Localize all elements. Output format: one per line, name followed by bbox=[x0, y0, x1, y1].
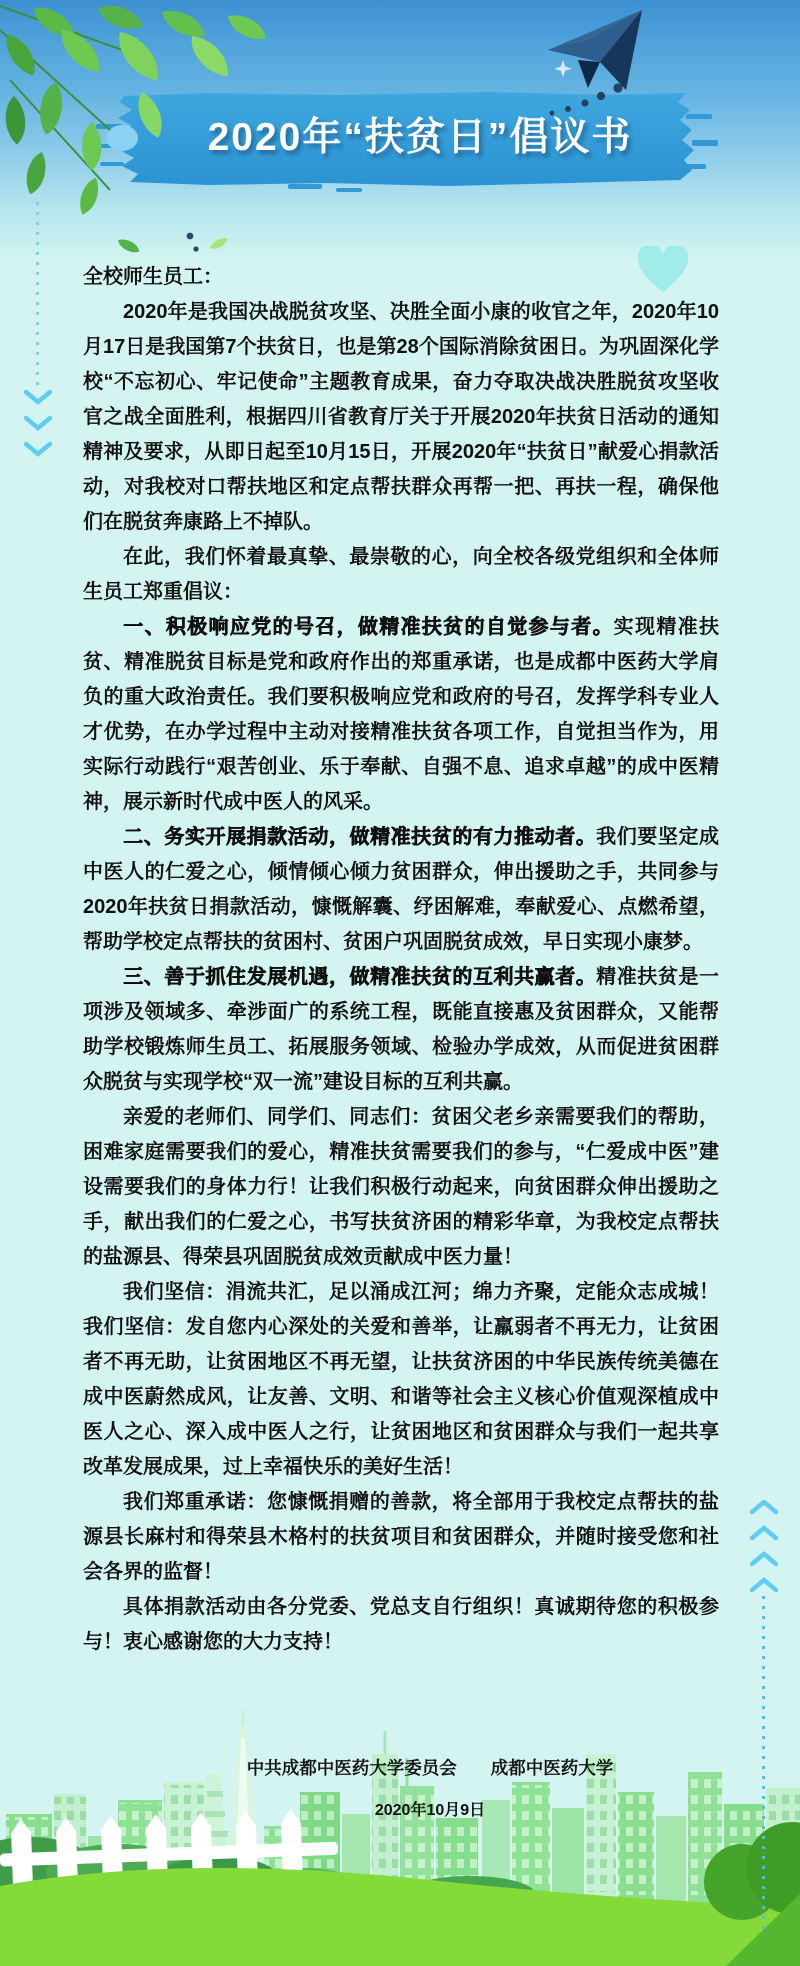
cityscape-illustration bbox=[0, 1696, 800, 1966]
paragraph-lead: 三、善于抓住发展机遇，做精准扶贫的互利共赢者。 bbox=[123, 966, 596, 988]
paragraph-text: 亲爱的老师们、同学们、同志们：贫困父老乡亲需要我们的帮助，困难家庭需要我们的爱心… bbox=[83, 1106, 719, 1268]
salutation: 全校师生员工： bbox=[83, 260, 719, 295]
paragraph-lead: 一、积极响应党的号召，做精准扶贫的自觉参与者。 bbox=[123, 616, 614, 638]
paragraph: 三、善于抓住发展机遇，做精准扶贫的互利共赢者。精准扶贫是一项涉及领域多、牵涉面广… bbox=[83, 960, 719, 1100]
paragraph: 我们郑重承诺：您慷慨捐赠的善款，将全部用于我校定点帮扶的盐源县长麻村和得荣县木格… bbox=[83, 1485, 719, 1590]
proposal-body: 全校师生员工： 2020年是我国决战脱贫攻坚、决胜全面小康的收官之年，2020年… bbox=[83, 260, 719, 1660]
paragraph-text: 我们郑重承诺：您慷慨捐赠的善款，将全部用于我校定点帮扶的盐源县长麻村和得荣县木格… bbox=[83, 1491, 719, 1583]
signature-university: 成都中医药大学 bbox=[491, 1755, 614, 1780]
paragraph-text: 具体捐款活动由各分党委、党总支自行组织！真诚期待您的积极参与！衷心感谢您的大力支… bbox=[83, 1596, 719, 1653]
sparkle-icon bbox=[554, 60, 571, 77]
paragraph-text: 2020年是我国决战脱贫攻坚、决胜全面小康的收官之年，2020年10月17日是我… bbox=[83, 301, 719, 533]
signature-date: 2020年10月9日 bbox=[248, 1797, 612, 1820]
paragraph: 二、务实开展捐款活动，做精准扶贫的有力推动者。我们要坚定成中医人的仁爱之心，倾情… bbox=[83, 820, 719, 960]
paragraph-text: 我们坚信：涓流共汇，足以涌成江河；绵力齐聚，定能众志成城！我们坚信：发自您内心深… bbox=[83, 1281, 719, 1478]
signature-block: 中共成都中医药大学委员会 成都中医药大学 2020年10月9日 bbox=[248, 1755, 612, 1820]
right-dotted-line bbox=[762, 1596, 765, 1934]
paragraph: 我们坚信：涓流共汇，足以涌成江河；绵力齐聚，定能众志成城！我们坚信：发自您内心深… bbox=[83, 1275, 719, 1485]
signature-committee: 中共成都中医药大学委员会 bbox=[247, 1755, 457, 1780]
paragraph: 具体捐款活动由各分党委、党总支自行组织！真诚期待您的积极参与！衷心感谢您的大力支… bbox=[83, 1590, 719, 1660]
paragraph: 在此，我们怀着最真挚、最崇敬的心，向全校各级党组织和全体师生员工郑重倡议： bbox=[83, 540, 719, 610]
chevrons-up-icon bbox=[750, 1500, 778, 1592]
chevrons-down-icon bbox=[24, 390, 52, 466]
paragraph-lead: 二、务实开展捐款活动，做精准扶贫的有力推动者。 bbox=[123, 826, 596, 848]
branch-stems bbox=[0, 6, 150, 190]
poster-page: 2020年“扶贫日”倡议书 bbox=[0, 0, 800, 1966]
paragraph-text: 实现精准扶贫、精准脱贫目标是党和政府作出的郑重承诺，也是成都中医药大学肩负的重大… bbox=[83, 616, 719, 813]
paragraph-text: 在此，我们怀着最真挚、最崇敬的心，向全校各级党组织和全体师生员工郑重倡议： bbox=[83, 546, 719, 603]
paragraph: 一、积极响应党的号召，做精准扶贫的自觉参与者。实现精准扶贫、精准脱贫目标是党和政… bbox=[83, 610, 719, 820]
page-title: 2020年“扶贫日”倡议书 bbox=[142, 106, 698, 162]
left-dotted-line bbox=[36, 202, 39, 386]
paragraph: 2020年是我国决战脱贫攻坚、决胜全面小康的收官之年，2020年10月17日是我… bbox=[83, 295, 719, 540]
paragraph: 亲爱的老师们、同学们、同志们：贫困父老乡亲需要我们的帮助，困难家庭需要我们的爱心… bbox=[83, 1100, 719, 1275]
